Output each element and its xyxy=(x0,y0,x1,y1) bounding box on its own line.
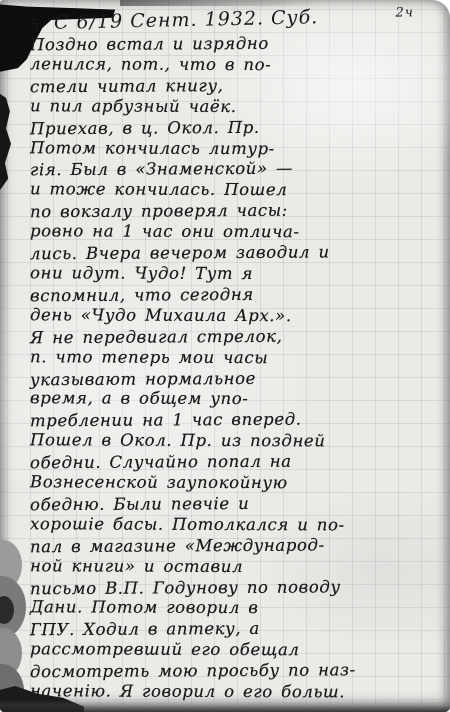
handwriting-line: гія. Был в «Знаменской» — xyxy=(30,158,440,181)
handwriting-line: и пил арбузный чаёк. xyxy=(30,96,440,118)
handwriting-line: письмо В.П. Годунову по поводу xyxy=(30,576,440,599)
handwriting-line: ГПУ. Ходил в аптеку, а xyxy=(30,618,440,641)
handwriting-lines: Поздно встал и изрядноленился, пот., что… xyxy=(30,34,440,703)
handwriting-line: ленился, пот., что в по- xyxy=(30,54,440,76)
handwriting-line: лись. Вчера вечером заводил и xyxy=(30,242,440,265)
handwriting-line: ровно на 1 час они отлича- xyxy=(30,221,440,243)
handwriting-line: хорошіе басы. Потолкался и по- xyxy=(30,514,440,536)
handwriting-line: Дани. Потом говорил в xyxy=(30,598,440,620)
handwriting-line: Потом кончилась литур- xyxy=(30,138,440,160)
handwriting-line: по вокзалу проверял часы: xyxy=(30,200,440,223)
date-heading: С 6/19 Сент. 1932. Суб. xyxy=(54,6,319,34)
handwriting-line: вспомнил, что сегодня xyxy=(30,284,440,307)
handwriting-line: Пошел в Окол. Пр. из поздней xyxy=(30,431,440,453)
handwritten-content: 5 С 6/19 Сент. 1932. Суб. 2ч Поздно вста… xyxy=(0,0,450,712)
handwriting-line: обедню. Были певчіе и xyxy=(30,493,440,516)
scanned-page: 5 С 6/19 Сент. 1932. Суб. 2ч Поздно вста… xyxy=(0,0,450,712)
handwriting-line: досмотреть мою просьбу по наз- xyxy=(30,660,440,683)
handwriting-line: Я не передвигал стрелок, xyxy=(30,325,440,348)
handwriting-line: они идут. Чудо! Тут я xyxy=(30,263,440,285)
handwriting-line: треблении на 1 час вперед. xyxy=(30,409,440,432)
handwriting-line: время, а в общем упо- xyxy=(30,389,440,411)
handwriting-line: день «Чудо Михаила Арх.». xyxy=(30,305,440,327)
handwriting-line: обедни. Случайно попал на xyxy=(30,451,440,474)
handwriting-line: стели читал книгу, xyxy=(30,75,440,98)
handwriting-line: Поздно встал и изрядно xyxy=(30,33,440,56)
handwriting-line: пал в магазине «Международ- xyxy=(30,534,440,557)
handwriting-line: Приехав, в ц. Окол. Пр. xyxy=(30,116,440,139)
handwriting-line: рассмотревший его обещал xyxy=(30,640,440,662)
handwriting-line: Вознесенской заупокойную xyxy=(30,472,440,494)
handwriting-line: ной книги» и оставил xyxy=(30,556,440,578)
handwriting-line: и тоже кончилась. Пошел xyxy=(30,180,440,202)
diary-heading: 5 С 6/19 Сент. 1932. Суб. 2ч xyxy=(30,4,440,35)
time-mark: 2ч xyxy=(395,5,440,21)
handwriting-line: указывают нормальное xyxy=(30,367,440,390)
scan-shadow-bottom xyxy=(0,700,450,712)
handwriting-line: п. что теперь мои часы xyxy=(30,347,440,369)
page-number: 5 xyxy=(30,17,40,33)
